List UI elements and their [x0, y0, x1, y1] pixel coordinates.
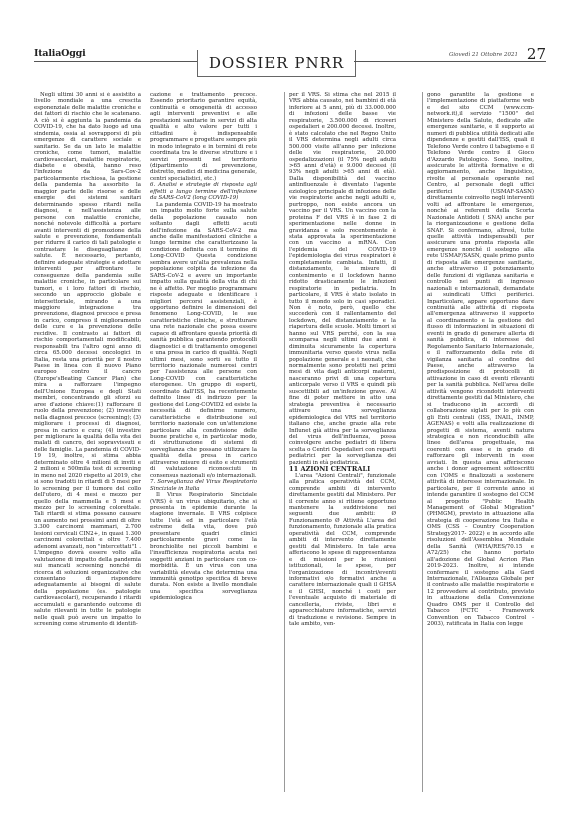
paragraph: La pandemia COVID-19 ha mostrato un impa… [150, 202, 257, 479]
subheading-7: 7. Sorveglianza del Virus Respiratorio S… [150, 479, 257, 492]
paragraph: per il VRS. Si stima che nel 2015 il VRS… [289, 92, 396, 466]
column-2: cazione e trattamento precoce. Essendo p… [150, 92, 257, 792]
paragraph: Il Virus Respiratorio Sinciziale (VRS) è… [150, 492, 257, 602]
column-4: gono garantite la gestione e l'implement… [427, 92, 534, 792]
header-rule-left [34, 61, 197, 62]
paragraph: L'area "Azioni Centrali", funzionale all… [289, 473, 396, 628]
paragraph: gono garantite la gestione e l'implement… [427, 92, 534, 628]
section-title: DOSSIER PNRR [197, 50, 356, 77]
paragraph: cazione e trattamento precoce. Essendo p… [150, 92, 257, 182]
publication-logo: ItaliaOggi [34, 48, 86, 59]
column-1: Negli ultimi 30 anni si è assistito a li… [34, 92, 141, 792]
column-divider [422, 92, 423, 792]
paragraph: Negli ultimi 30 anni si è assistito a li… [34, 92, 141, 628]
header-rule-right [354, 61, 546, 62]
column-divider [284, 92, 285, 792]
article-body: Negli ultimi 30 anni si è assistito a li… [34, 92, 546, 792]
issue-date: Giovedì 21 Ottobre 2021 [449, 52, 518, 58]
subheading-6: 6. Analisi e strategie di risposta agli … [150, 182, 257, 201]
page-number: 27 [527, 45, 546, 63]
page-header: ItaliaOggi DOSSIER PNRR Giovedì 21 Ottob… [34, 46, 546, 86]
column-3: per il VRS. Si stima che nel 2015 il VRS… [289, 92, 396, 792]
